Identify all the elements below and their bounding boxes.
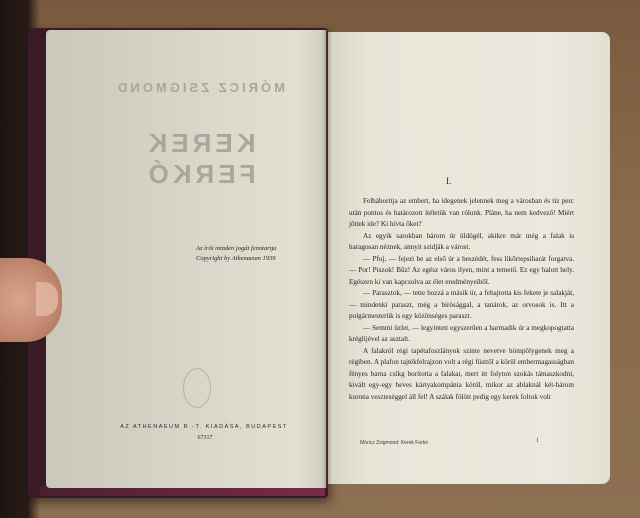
publisher-emblem-icon — [183, 368, 211, 408]
paragraph: — Parasztok, — tette hozzá a másik úr, a… — [349, 288, 574, 323]
imprint-line-1: Az írói minden jogát fenntartja — [196, 244, 326, 254]
chapter-body-text: Felháborítja az embert, ha idegenek jele… — [349, 196, 574, 403]
paragraph: — Pfuj, — fejezi be az első úr a beszédé… — [349, 254, 574, 289]
thumbnail — [36, 282, 58, 316]
paragraph: — Semmi üzlet, — legyintett egyszerűen a… — [349, 323, 574, 346]
showthrough-author-text: MÓRICZ ZSIGMOND — [90, 80, 310, 95]
page-number: 1 — [536, 438, 539, 444]
paragraph: Az egyik sarokban három úr üldögél, akik… — [349, 231, 574, 254]
paragraph: Felháborítja az embert, ha idegenek jele… — [349, 196, 574, 231]
copyright-imprint: Az írói minden jogát fenntartja Copyrigh… — [196, 244, 326, 264]
imprint-line-2: Copyright by Athenaeum 1939 — [196, 254, 326, 264]
print-number: 67317 — [190, 435, 220, 441]
publisher-line: AZ ATHENAEUM R.-T. KIADÁSA, BUDAPEST — [96, 424, 312, 430]
running-footer: Móricz Zsigmond: Kerek Ferkó — [360, 440, 428, 446]
showthrough-title-text: KEREK FERKÓ — [90, 128, 310, 190]
chapter-number: I. — [446, 176, 451, 186]
paragraph: A falakról régi tapétafoszlányok szinte … — [349, 346, 574, 404]
